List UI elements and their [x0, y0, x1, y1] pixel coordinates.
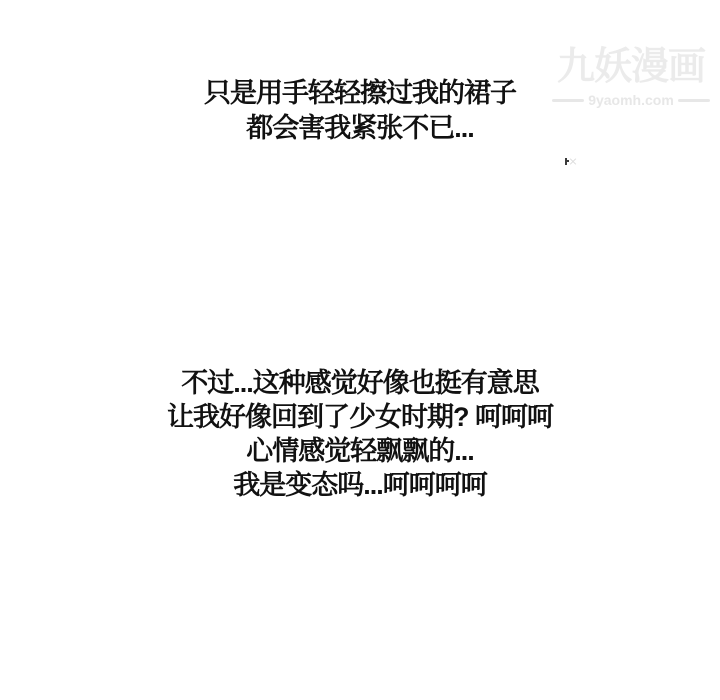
dialogue-line: 都会害我紧张不已... [0, 111, 720, 146]
dialogue-line: 让我好像回到了少女时期? 呵呵呵 [0, 400, 720, 434]
speck-dark-mark [567, 160, 569, 162]
dialogue-line: 心情感觉轻飘飘的... [0, 434, 720, 468]
dialogue-line: 只是用手轻轻擦过我的裙子 [0, 76, 720, 111]
dialogue-block-1: 只是用手轻轻擦过我的裙子 都会害我紧张不已... [0, 76, 720, 146]
dialogue-block-2: 不过...这种感觉好像也挺有意思 让我好像回到了少女时期? 呵呵呵 心情感觉轻飘… [0, 366, 720, 502]
comic-page: { "canvas": { "width": 720, "height": 70… [0, 0, 720, 700]
dialogue-line: 我是变态吗...呵呵呵呵 [0, 468, 720, 502]
dialogue-line: 不过...这种感觉好像也挺有意思 [0, 366, 720, 400]
speck-artifact [564, 156, 576, 168]
